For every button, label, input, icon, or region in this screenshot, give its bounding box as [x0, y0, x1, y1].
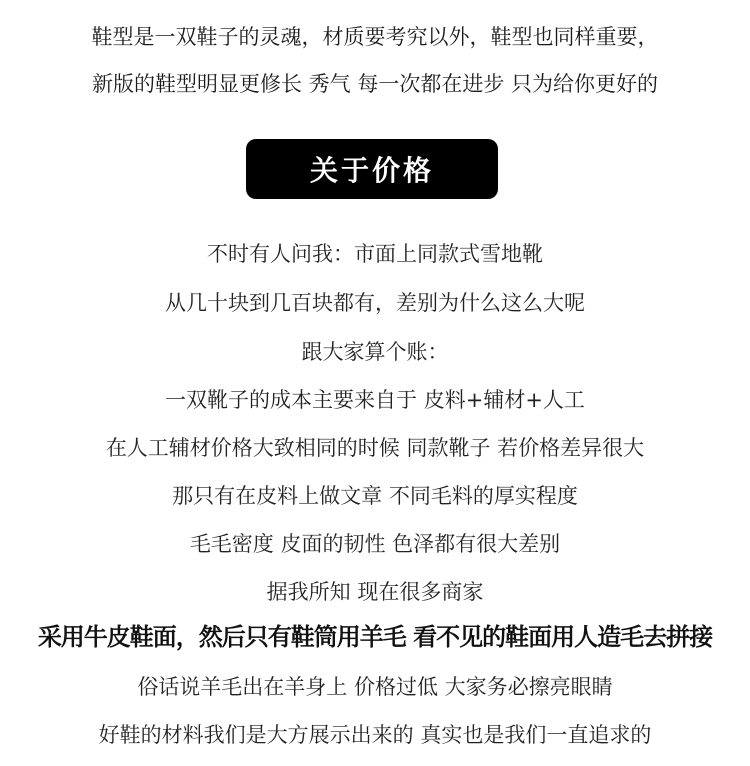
body-line: 一双靴子的成本主要来自于 皮料+辅材+人工 — [0, 385, 750, 415]
body-line: 跟大家算个账： — [0, 337, 750, 367]
body-line: 在人工辅材价格大致相同的时候 同款靴子 若价格差异很大 — [0, 433, 750, 463]
body-line: 那只有在皮料上做文章 不同毛料的厚实程度 — [0, 481, 750, 511]
section-title: 关于价格 — [310, 149, 434, 189]
body-line: 从几十块到几百块都有，差别为什么这么大呢 — [0, 288, 750, 318]
emphasis-line: 采用牛皮鞋面，然后只有鞋筒用羊毛 看不见的鞋面用人造毛去拼接 — [0, 622, 750, 652]
body-line: 据我所知 现在很多商家 — [0, 577, 750, 607]
closing-line: 好鞋的材料我们是大方展示出来的 真实也是我们一直追求的 — [0, 720, 750, 750]
closing-line: 俗话说羊毛出在羊身上 价格过低 大家务必擦亮眼睛 — [0, 672, 750, 702]
section-title-banner: 关于价格 — [246, 139, 498, 199]
body-line: 不时有人问我：市面上同款式雪地靴 — [0, 239, 750, 269]
intro-line: 新版的鞋型明显更修长 秀气 每一次都在进步 只为给你更好的 — [0, 69, 750, 99]
body-line: 毛毛密度 皮面的韧性 色泽都有很大差别 — [0, 529, 750, 559]
intro-line: 鞋型是一双鞋子的灵魂，材质要考究以外，鞋型也同样重要， — [0, 22, 750, 52]
